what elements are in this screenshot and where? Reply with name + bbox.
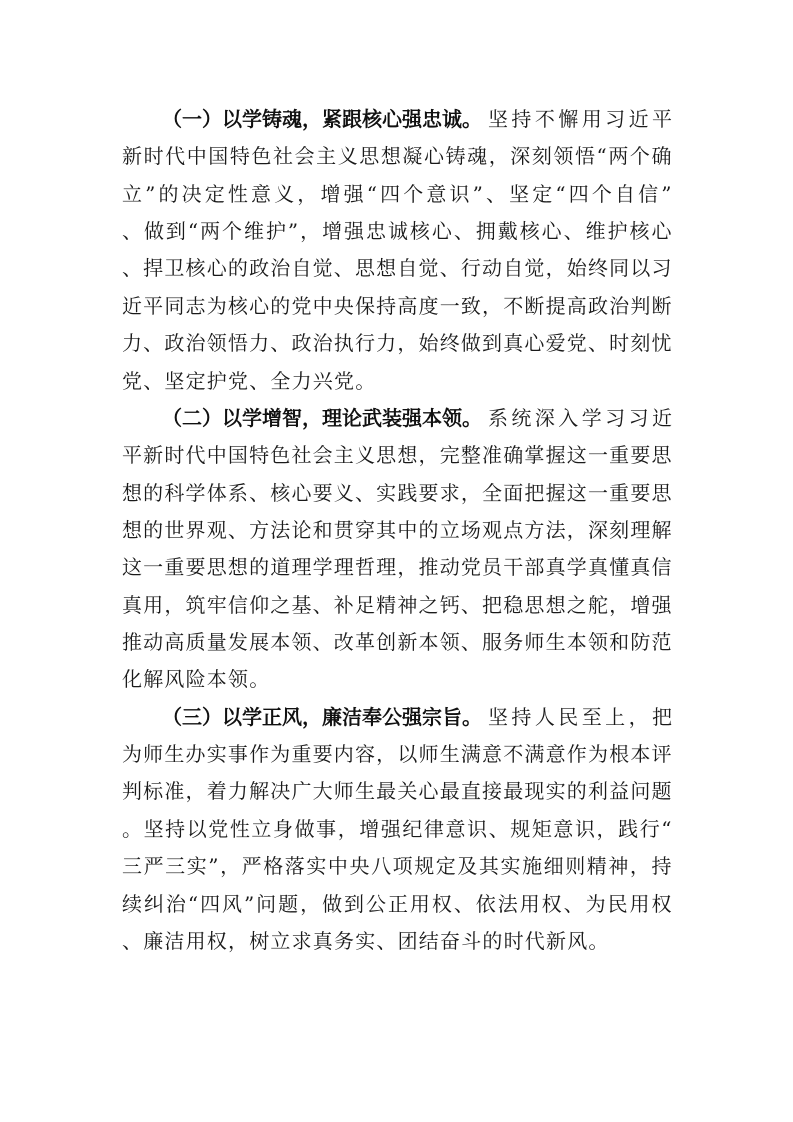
paragraph-line: 立”的决定性意义，增强“四个意识”、坚定“四个自信” [122, 176, 672, 213]
paragraph-first-line: （一）以学铸魂，紧跟核心强忠诚。 坚持不懈用习近平 [122, 101, 672, 138]
paragraph-line: 推动高质量发展本领、改革创新本领、服务师生本领和防范 [122, 624, 672, 661]
paragraph-line: 续纠治“四风”问题，做到公正用权、依法用权、为民用权 [122, 886, 672, 923]
paragraph-2: （二）以学增智，理论武装强本领。 系统深入学习习近 平新时代中国特色社会主义思想… [122, 400, 672, 699]
paragraph-line: 近平同志为核心的党中央保持高度一致，不断提高政治判断 [122, 288, 672, 325]
paragraph-first-line: （二）以学增智，理论武装强本领。 系统深入学习习近 [122, 400, 672, 437]
paragraph-line: 、做到“两个维护”，增强忠诚核心、拥戴核心、维护核心 [122, 213, 672, 250]
paragraph-line: 想的世界观、方法论和贯穿其中的立场观点方法，深刻理解 [122, 512, 672, 549]
paragraph-3: （三）以学正风，廉洁奉公强宗旨。 坚持人民至上，把 为师生办实事作为重要内容，以… [122, 699, 672, 961]
paragraph-line: 这一重要思想的道理学理哲理，推动党员干部真学真懂真信 [122, 549, 672, 586]
paragraph-line: 力、政治领悟力、政治执行力，始终做到真心爱党、时刻忧 [122, 325, 672, 362]
paragraph-line: 为师生办实事作为重要内容，以师生满意不满意作为根本评 [122, 736, 672, 773]
paragraph-last-line: 、廉洁用权，树立求真务实、团结奋斗的时代新风。 [122, 923, 672, 960]
paragraph-text: 坚持人民至上，把 [482, 699, 672, 736]
paragraph-heading: （二）以学增智，理论武装强本领。 [162, 400, 482, 437]
paragraph-heading: （三）以学正风，廉洁奉公强宗旨。 [162, 699, 482, 736]
paragraph-last-line: 化解风险本领。 [122, 661, 672, 698]
paragraph-line: 三严三实”，严格落实中央八项规定及其实施细则精神，持 [122, 848, 672, 885]
paragraph-line: 判标准，着力解决广大师生最关心最直接最现实的利益问题 [122, 773, 672, 810]
paragraph-line: 真用，筑牢信仰之基、补足精神之钙、把稳思想之舵，增强 [122, 587, 672, 624]
paragraph-line: 平新时代中国特色社会主义思想，完整准确掌握这一重要思 [122, 437, 672, 474]
paragraph-text: 坚持不懈用习近平 [482, 101, 672, 138]
document-page: （一）以学铸魂，紧跟核心强忠诚。 坚持不懈用习近平 新时代中国特色社会主义思想凝… [122, 101, 672, 960]
paragraph-text: 系统深入学习习近 [482, 400, 672, 437]
paragraph-line: 新时代中国特色社会主义思想凝心铸魂，深刻领悟“两个确 [122, 138, 672, 175]
paragraph-heading: （一）以学铸魂，紧跟核心强忠诚。 [162, 101, 482, 138]
paragraph-last-line: 党、坚定护党、全力兴党。 [122, 363, 672, 400]
paragraph-line: 想的科学体系、核心要义、实践要求，全面把握这一重要思 [122, 475, 672, 512]
paragraph-line: 、捍卫核心的政治自觉、思想自觉、行动自觉，始终同以习 [122, 250, 672, 287]
paragraph-1: （一）以学铸魂，紧跟核心强忠诚。 坚持不懈用习近平 新时代中国特色社会主义思想凝… [122, 101, 672, 400]
paragraph-first-line: （三）以学正风，廉洁奉公强宗旨。 坚持人民至上，把 [122, 699, 672, 736]
paragraph-line: 。坚持以党性立身做事，增强纪律意识、规矩意识，践行“ [122, 811, 672, 848]
